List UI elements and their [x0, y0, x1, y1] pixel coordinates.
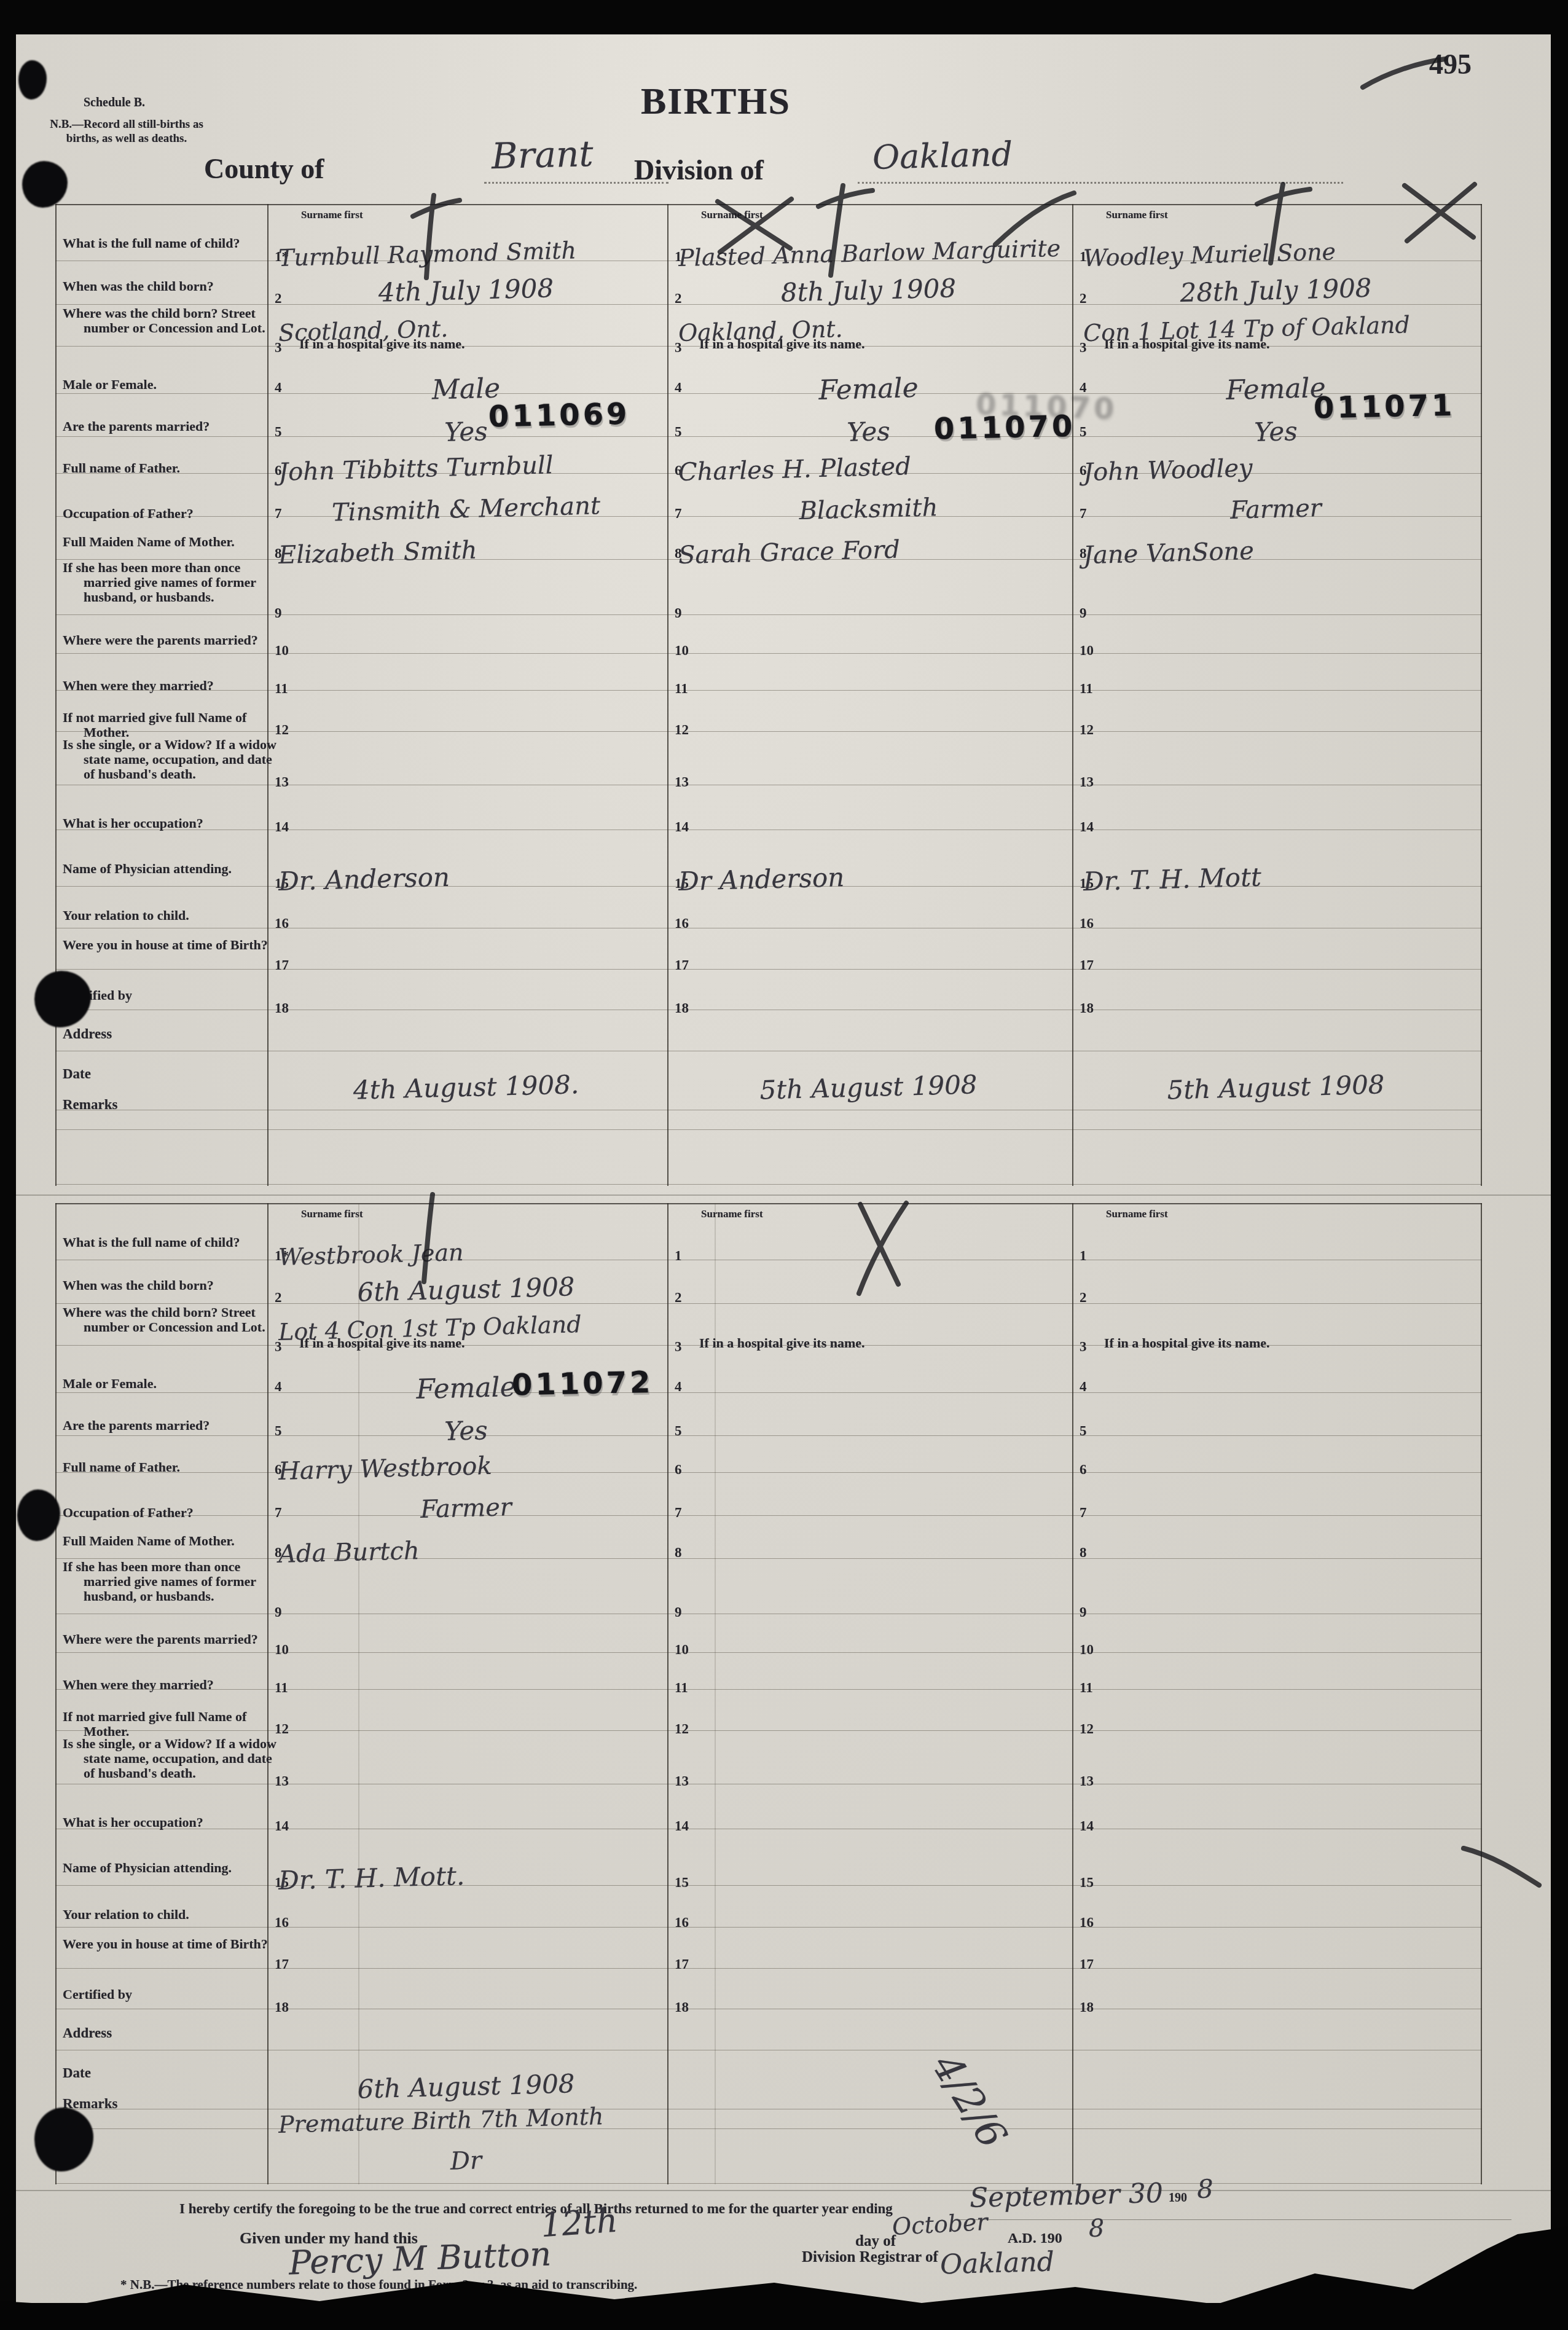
question-number: 14	[675, 819, 689, 835]
page-number: 495	[1429, 48, 1472, 80]
column-divider	[55, 204, 57, 1186]
field-value-mother: Ada Burtch	[278, 1531, 654, 1569]
question-number: 1	[1080, 1248, 1087, 1264]
register-table-top: What is the full name of child?When was …	[55, 204, 1482, 1186]
field-value-father: John Woodley	[1083, 449, 1469, 487]
question-number: 5	[1080, 1423, 1087, 1439]
question-number: 12	[1080, 1721, 1094, 1737]
surname-first-note: Surname first	[701, 1208, 763, 1220]
field-value-father-occupation: Blacksmith	[678, 490, 1059, 528]
question-label: What is her occupation?	[63, 816, 286, 831]
year-printed: 190	[1169, 2191, 1187, 2205]
year-written: 8	[1196, 2174, 1213, 2205]
column-divider	[667, 204, 668, 1186]
question-label: When was the child born?	[63, 1278, 286, 1293]
rule-line	[55, 785, 1482, 785]
schedule-label: Schedule B.	[84, 96, 145, 110]
registration-stamp: 011072	[511, 1365, 654, 1403]
question-number: 18	[675, 1999, 689, 2015]
question-number: 11	[1080, 681, 1093, 697]
question-number: 13	[1080, 1773, 1094, 1789]
field-value-remarks2: Dr	[278, 2142, 654, 2180]
question-number: 16	[275, 1915, 289, 1931]
question-label: Are the parents married?	[63, 1418, 286, 1433]
day-of-label: day of	[855, 2233, 896, 2250]
field-value-father: John Tibbitts Turnbull	[278, 449, 654, 487]
division-underline	[858, 182, 1343, 184]
surname-first-note: Surname first	[701, 209, 763, 221]
surname-first-note: Surname first	[301, 209, 363, 221]
question-number: 9	[275, 1604, 282, 1620]
registration-stamp: 011071	[1313, 388, 1456, 426]
rule-line	[55, 614, 1482, 615]
rule-line	[55, 2009, 1482, 2009]
fold-crease	[16, 1194, 1551, 1196]
field-value-father-occupation: Farmer	[278, 1489, 654, 1528]
question-number: 13	[275, 1773, 289, 1789]
question-number: 12	[675, 1721, 689, 1737]
question-label: When was the child born?	[63, 279, 286, 294]
section-label: Date	[63, 2065, 286, 2081]
rule-line	[55, 1260, 1482, 1260]
rule-line	[55, 969, 1482, 970]
question-number: 7	[675, 1505, 682, 1521]
rule-line	[55, 1968, 1482, 1969]
section-label: Remarks	[63, 1097, 286, 1112]
question-label: What is the full name of child?	[63, 236, 286, 251]
rule-line	[55, 1435, 1482, 1436]
question-number: 18	[275, 1999, 289, 2015]
question-number: 16	[1080, 1915, 1094, 1931]
question-number: 9	[1080, 605, 1087, 621]
question-number: 13	[675, 1773, 689, 1789]
question-label: Where were the parents married?	[63, 633, 286, 648]
field-value-mother: Elizabeth Smith	[278, 532, 654, 570]
field-value-date: 5th August 1908	[678, 1067, 1059, 1107]
question-number: 12	[1080, 722, 1094, 738]
rule-line	[55, 1129, 1482, 1130]
question-label: Where were the parents married?	[63, 1632, 286, 1647]
question-label: Certified by	[63, 1987, 286, 2002]
county-label: County of	[204, 152, 324, 185]
quarter-end-value: September 30	[969, 2178, 1163, 2214]
question-label: If she has been more than once married g…	[63, 1559, 286, 1604]
field-value-mother: Sarah Grace Ford	[678, 532, 1059, 570]
question-label: If not married give full Name of Mother.	[63, 1709, 286, 1739]
nb-note: N.B.—Record all still-births as births, …	[41, 118, 213, 146]
rule-line	[55, 1010, 1482, 1010]
question-number: 12	[275, 722, 289, 738]
question-number: 17	[1080, 957, 1094, 973]
question-number: 8	[675, 1545, 682, 1561]
question-label: Were you in house at time of Birth?	[63, 1937, 286, 1951]
field-value-father: Harry Westbrook	[278, 1448, 654, 1486]
rule-line	[55, 1652, 1482, 1653]
question-number: 10	[275, 643, 289, 659]
question-number: 17	[1080, 1956, 1094, 1972]
question-number: 13	[275, 774, 289, 790]
question-number: 17	[275, 1956, 289, 1972]
question-number: 11	[275, 1680, 288, 1696]
registrar-place-value: Oakland	[939, 2246, 1054, 2281]
question-number: 10	[1080, 643, 1094, 659]
division-label: Division of	[634, 154, 764, 186]
question-number: 8	[1080, 1545, 1087, 1561]
question-number: 18	[1080, 1000, 1094, 1016]
field-value-where: Con 1 Lot 14 Tp of Oakland	[1083, 310, 1469, 347]
field-value-mother: Jane VanSone	[1083, 532, 1469, 570]
rule-line	[55, 653, 1482, 654]
field-value-name: Plasted Anna Barlow Marguirite	[678, 235, 1059, 272]
question-number: 9	[675, 605, 682, 621]
field-value-physician: Dr. T. H. Mott	[1083, 857, 1468, 896]
field-value-father-occupation: Farmer	[1083, 490, 1469, 528]
column-divider	[1072, 1203, 1073, 2184]
surname-first-note: Surname first	[1106, 1208, 1168, 1220]
county-value: Brant	[491, 133, 594, 177]
registration-stamp: 011070	[933, 409, 1076, 447]
question-label: Male or Female.	[63, 1376, 286, 1391]
question-label: If not married give full Name of Mother.	[63, 710, 286, 740]
quarter-writing-line	[958, 2219, 1511, 2220]
question-number: 18	[275, 1000, 289, 1016]
question-label: Occupation of Father?	[63, 1505, 286, 1520]
question-label: Name of Physician attending.	[63, 861, 286, 876]
question-number: 9	[275, 605, 282, 621]
given-day-value: 12th	[539, 2201, 619, 2245]
field-value-physician: Dr. Anderson	[278, 857, 654, 896]
column-divider	[667, 1203, 668, 2184]
question-number: 17	[675, 1956, 689, 1972]
question-number: 9	[1080, 1604, 1087, 1620]
question-number: 10	[1080, 1642, 1094, 1658]
rule-line	[55, 2183, 1482, 2184]
rule-line	[55, 1927, 1482, 1928]
question-number: 17	[275, 957, 289, 973]
registration-stamp: 011069	[488, 397, 630, 434]
field-value-father: Charles H. Plasted	[678, 449, 1059, 487]
question-number: 14	[1080, 1818, 1094, 1834]
field-value-where: Lot 4 Con 1st Tp Oakland	[278, 1309, 654, 1346]
field-value-physician: Dr. T. H. Mott.	[278, 1856, 654, 1896]
division-registrar-label: Division Registrar of	[802, 2249, 938, 2266]
table-top-border	[55, 1203, 1482, 1204]
page-title: BIRTHS	[608, 80, 823, 124]
question-number: 16	[675, 916, 689, 932]
question-number: 10	[675, 1642, 689, 1658]
column-divider	[1481, 1203, 1482, 2184]
question-label: Full Maiden Name of Mother.	[63, 535, 286, 549]
question-number: 11	[675, 1680, 688, 1696]
question-number: 12	[675, 722, 689, 738]
fold-crease	[358, 1203, 359, 2184]
rule-line	[55, 1885, 1482, 1886]
rule-line	[55, 928, 1482, 928]
question-number: 12	[275, 1721, 289, 1737]
question-label: Full name of Father.	[63, 1460, 286, 1475]
ad-label: A.D. 190	[1008, 2230, 1062, 2247]
section-label: Remarks	[63, 2096, 286, 2111]
field-value-name: Woodley Muriel Sone	[1083, 235, 1469, 272]
section-label: Date	[63, 1066, 286, 1081]
rule-line	[55, 1184, 1482, 1185]
question-label: When were they married?	[63, 678, 286, 693]
question-number: 1	[675, 1248, 682, 1264]
rule-line	[55, 1051, 1482, 1051]
question-label: Name of Physician attending.	[63, 1861, 286, 1875]
question-label: Are the parents married?	[63, 419, 286, 434]
question-label: Full Maiden Name of Mother.	[63, 1534, 286, 1548]
column-divider	[1072, 204, 1073, 1186]
question-number: 7	[1080, 1505, 1087, 1521]
hospital-note: If in a hospital give its name.	[1104, 1335, 1270, 1351]
question-number: 11	[675, 681, 688, 697]
question-label: When were they married?	[63, 1677, 286, 1692]
fold-crease	[715, 1203, 716, 2184]
question-number: 3	[1080, 1339, 1087, 1355]
field-value-physician: Dr Anderson	[678, 857, 1059, 896]
question-number: 15	[675, 1875, 689, 1891]
question-number: 11	[275, 681, 288, 697]
question-number: 4	[675, 1379, 682, 1395]
question-number: 2	[1080, 1290, 1087, 1306]
question-number: 14	[275, 1818, 289, 1834]
column-divider	[55, 1203, 57, 2184]
question-number: 17	[675, 957, 689, 973]
question-number: 15	[1080, 1875, 1094, 1891]
question-number: 14	[1080, 819, 1094, 835]
field-value-date: 4th August 1908.	[278, 1067, 654, 1107]
rule-line	[55, 1392, 1482, 1393]
question-label: Is she single, or a Widow? If a widow st…	[63, 737, 286, 782]
field-value-date: 6th August 1908	[278, 2066, 654, 2106]
rule-line	[55, 1303, 1482, 1304]
footnote: * N.B.—The reference numbers relate to t…	[120, 2277, 637, 2293]
field-value-where: Scotland, Ont.	[278, 310, 654, 347]
question-number: 13	[1080, 774, 1094, 790]
question-number: 16	[1080, 916, 1094, 932]
column-divider	[1481, 204, 1482, 1186]
division-value: Oakland	[872, 135, 1013, 177]
rule-line	[55, 1784, 1482, 1784]
field-value-remarks: Premature Birth 7th Month	[278, 2101, 654, 2138]
field-value-name: Turnbull Raymond Smith	[278, 235, 654, 272]
certify-statement: I hereby certify the foregoing to be the…	[179, 2201, 893, 2217]
field-value-married: Yes	[278, 1411, 654, 1451]
question-label: Where was the child born? Street number …	[63, 1305, 286, 1335]
question-label: Occupation of Father?	[63, 506, 286, 521]
question-number: 6	[1080, 1462, 1087, 1478]
question-label: If she has been more than once married g…	[63, 560, 286, 605]
field-value-date: 5th August 1908	[1083, 1067, 1468, 1107]
rule-line	[55, 2050, 1482, 2050]
question-number: 9	[675, 1604, 682, 1620]
question-number: 2	[675, 1290, 682, 1306]
field-value-father-occupation: Tinsmith & Merchant	[278, 490, 654, 528]
question-number: 5	[675, 1423, 682, 1439]
field-value-name: Westbrook Jean	[278, 1234, 654, 1271]
section-label: Address	[63, 2025, 286, 2041]
question-label: Is she single, or a Widow? If a widow st…	[63, 1736, 286, 1781]
question-number: 14	[275, 819, 289, 835]
month-value: October	[892, 2208, 989, 2240]
question-number: 14	[675, 1818, 689, 1834]
fold-crease	[16, 2190, 1551, 2191]
question-number: 4	[1080, 1379, 1087, 1395]
surname-first-note: Surname first	[301, 1208, 363, 1220]
question-label: Certified by	[63, 988, 286, 1003]
question-label: Full name of Father.	[63, 461, 286, 476]
question-label: Your relation to child.	[63, 908, 286, 923]
register-table-bottom: What is the full name of child?When was …	[55, 1203, 1482, 2184]
surname-first-note: Surname first	[1106, 209, 1168, 221]
question-number: 18	[1080, 1999, 1094, 2015]
question-number: 6	[675, 1462, 682, 1478]
question-number: 16	[675, 1915, 689, 1931]
question-label: Where was the child born? Street number …	[63, 306, 286, 335]
hospital-note: If in a hospital give its name.	[699, 1335, 865, 1351]
question-number: 10	[275, 1642, 289, 1658]
rule-line	[55, 1614, 1482, 1614]
rule-line	[55, 1558, 1482, 1559]
question-label: What is the full name of child?	[63, 1235, 286, 1250]
question-label: Your relation to child.	[63, 1907, 286, 1922]
scanned-register-page: Schedule B. N.B.—Record all still-births…	[0, 0, 1568, 2330]
question-label: Male or Female.	[63, 377, 286, 392]
question-number: 18	[675, 1000, 689, 1016]
rule-line	[55, 2128, 1482, 2129]
question-number: 3	[675, 1339, 682, 1355]
question-label: Were you in house at time of Birth?	[63, 938, 286, 952]
question-number: 11	[1080, 1680, 1093, 1696]
question-number: 10	[675, 643, 689, 659]
table-top-border	[55, 204, 1482, 205]
question-number: 13	[675, 774, 689, 790]
section-label: Address	[63, 1026, 286, 1041]
field-value-where: Oakland, Ont.	[678, 310, 1059, 347]
question-label: What is her occupation?	[63, 1815, 286, 1830]
ad-year-value: 8	[1088, 2214, 1105, 2243]
question-number: 16	[275, 916, 289, 932]
